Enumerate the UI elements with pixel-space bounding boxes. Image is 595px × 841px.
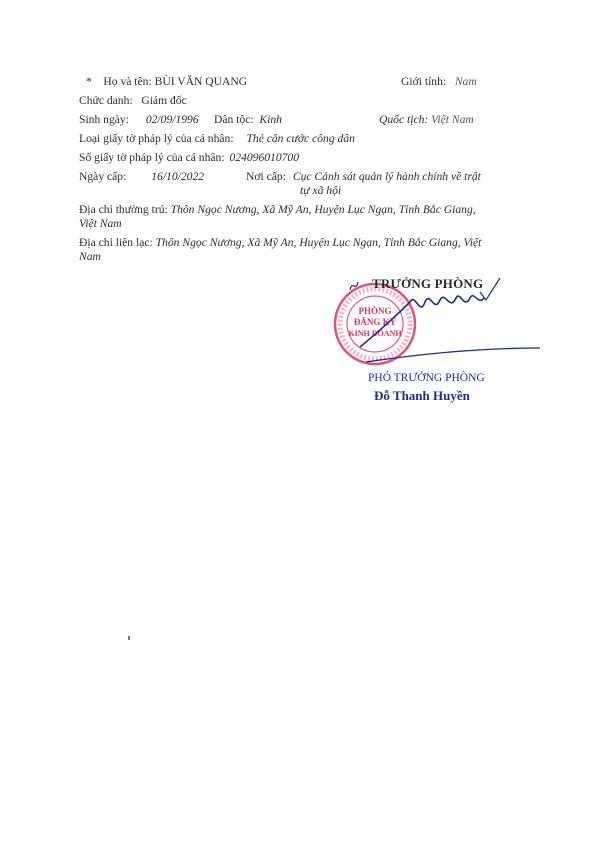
id-number-row: Số giấy tờ pháp lý của cá nhân: 02409601…	[79, 151, 299, 165]
permanent-address-row: Địa chỉ thường trú: Thôn Ngọc Nương, Xã …	[79, 203, 476, 217]
ethnicity-label: Dân tộc:	[214, 113, 254, 126]
nationality-value: Việt Nam	[431, 113, 474, 126]
id-number-value: 024096010700	[229, 151, 299, 164]
name-value: BÙI VĂN QUANG	[155, 75, 248, 88]
name-row: * Họ và tên: BÙI VĂN QUANG	[86, 75, 247, 89]
title-row: Chức danh: Giám đốc	[79, 94, 187, 108]
signer-position: PHÓ TRƯỞNG PHÒNG	[368, 372, 485, 384]
scan-speck	[128, 636, 130, 640]
id-type-label: Loại giấy tờ pháp lý của cá nhân:	[79, 132, 234, 145]
ethnicity-value: Kinh	[259, 113, 282, 126]
permanent-address-label: Địa chỉ thường trú:	[79, 203, 168, 216]
issue-place-label: Nơi cấp:	[246, 170, 286, 183]
issue-date-value: 16/10/2022	[151, 170, 204, 183]
id-number-label: Số giấy tờ pháp lý của cá nhân:	[79, 151, 225, 164]
permanent-address-line2: Việt Nam	[79, 217, 122, 231]
issue-date-field: Ngày cấp: 16/10/2022	[79, 170, 204, 184]
name-label: Họ và tên:	[103, 75, 151, 88]
stamp-line1: PHÒNG	[359, 306, 392, 316]
id-type-row: Loại giấy tờ pháp lý của cá nhân: Thẻ că…	[79, 132, 355, 146]
issue-place-field: Nơi cấp: Cục Cảnh sát quản lý hành chính…	[246, 170, 481, 184]
signature-block: PHÒNG ĐĂNG KÝ KINH DOANH TRƯỞNG PHÒNG PH…	[330, 262, 550, 412]
dob-label: Sinh ngày:	[79, 113, 129, 126]
signature-heading: TRƯỞNG PHÒNG	[372, 276, 483, 292]
contact-address-row: Địa chỉ liên lạc: Thôn Ngọc Nương, Xã Mỹ…	[79, 236, 481, 250]
contact-address-line1: Thôn Ngọc Nương, Xã Mỹ An, Huyện Lục Ngạ…	[156, 236, 482, 249]
nationality-field: Quốc tịch: Việt Nam	[379, 113, 474, 127]
signer-name: Đỗ Thanh Huyền	[374, 388, 470, 404]
ethnicity-field: Dân tộc: Kinh	[214, 113, 282, 127]
issue-place-value-line1: Cục Cảnh sát quản lý hành chính về trật	[293, 170, 481, 183]
nationality-label: Quốc tịch:	[379, 113, 428, 126]
dob-field: Sinh ngày: 02/09/1996	[79, 113, 199, 127]
contact-address-line2: Nam	[79, 250, 101, 264]
bullet: *	[86, 75, 92, 88]
id-type-value: Thẻ căn cước công dân	[246, 132, 354, 145]
title-value: Giám đốc	[141, 94, 186, 107]
permanent-address-line1: Thôn Ngọc Nương, Xã Mỹ An, Huyện Lục Ngạ…	[171, 203, 476, 216]
issue-date-label: Ngày cấp:	[79, 170, 126, 183]
stamp-line2: ĐĂNG KÝ	[354, 317, 397, 327]
gender-value: Nam	[455, 75, 477, 88]
contact-address-label: Địa chỉ liên lạc:	[79, 236, 153, 249]
gender-field: Giới tính: Nam	[401, 75, 477, 89]
gender-label: Giới tính:	[401, 75, 446, 88]
issue-place-value-line2: tự xã hội	[300, 184, 341, 198]
title-label: Chức danh:	[79, 94, 133, 107]
dob-value: 02/09/1996	[146, 113, 199, 126]
